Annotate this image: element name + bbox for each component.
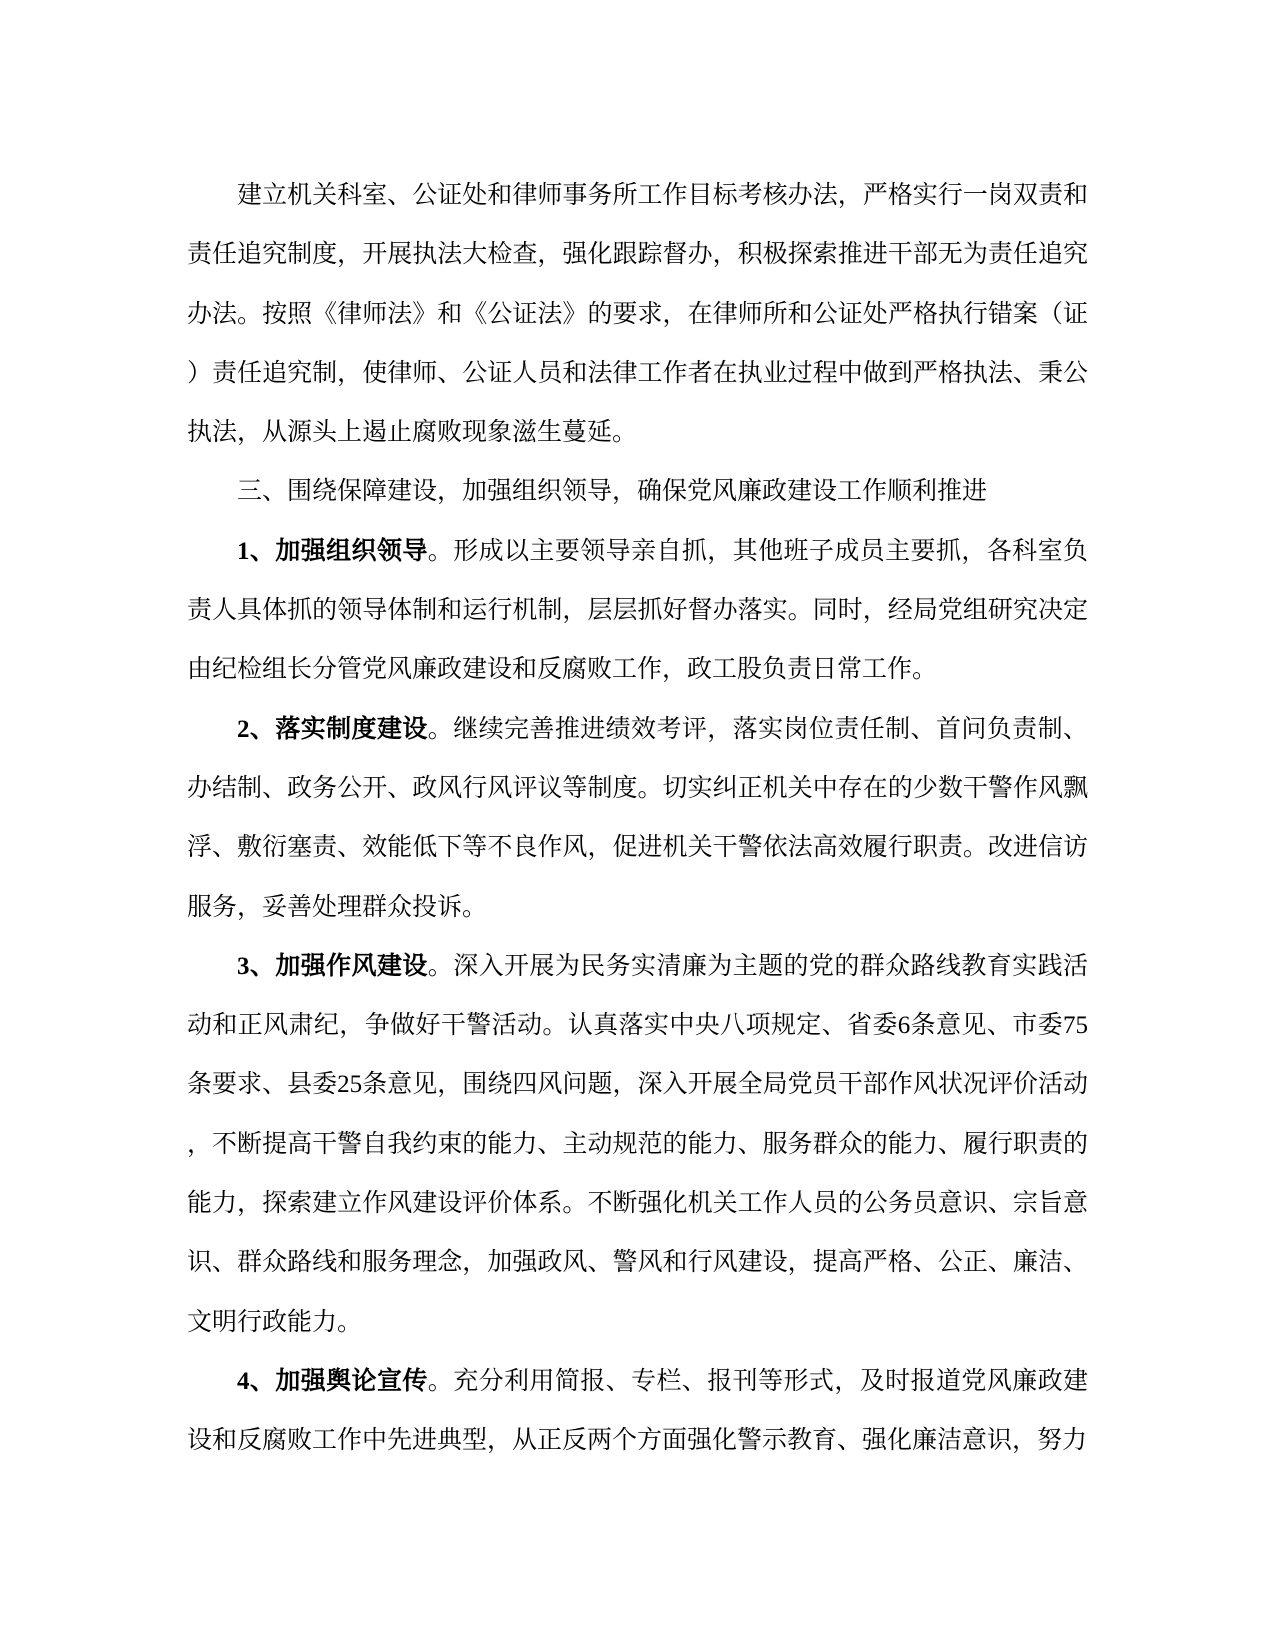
paragraph-body: 。深入开展为民务实清廉为主题的党的群众路线教育实践活动和正风肃纪，争做好干警活动…: [187, 953, 1088, 1336]
paragraph: 1、加强组织领导。形成以主要领导亲自抓，其他班子成员主要抓，各科室负责人具体抓的…: [187, 522, 1088, 700]
paragraph: 建立机关科室、公证处和律师事务所工作目标考核办法，严格实行一岗双责和责任追究制度…: [187, 166, 1088, 462]
paragraph-lead: 4、加强舆论宣传: [237, 1368, 428, 1395]
section-heading: 三、围绕保障建设，加强组织领导，确保党风廉政建设工作顺利推进: [187, 462, 1088, 521]
paragraph-body: 。继续完善推进绩效考评，落实岗位责任制、首问负责制、办结制、政务公开、政风行风评…: [187, 716, 1088, 921]
paragraph-body: 建立机关科室、公证处和律师事务所工作目标考核办法，严格实行一岗双责和责任追究制度…: [187, 182, 1088, 446]
document-page: 建立机关科室、公证处和律师事务所工作目标考核办法，严格实行一岗双责和责任追究制度…: [0, 0, 1275, 1650]
paragraph: 4、加强舆论宣传。充分利用简报、专栏、报刊等形式，及时报道党风廉政建设和反腐败工…: [187, 1352, 1088, 1471]
paragraph-body: 三、围绕保障建设，加强组织领导，确保党风廉政建设工作顺利推进: [237, 478, 987, 505]
paragraph-lead: 3、加强作风建设: [237, 953, 428, 980]
paragraph-lead: 1、加强组织领导: [237, 538, 428, 565]
paragraph: 2、落实制度建设。继续完善推进绩效考评，落实岗位责任制、首问负责制、办结制、政务…: [187, 700, 1088, 937]
document-text-block: 建立机关科室、公证处和律师事务所工作目标考核办法，严格实行一岗双责和责任追究制度…: [187, 166, 1088, 1471]
paragraph: 3、加强作风建设。深入开展为民务实清廉为主题的党的群众路线教育实践活动和正风肃纪…: [187, 937, 1088, 1352]
paragraph-lead: 2、落实制度建设: [237, 716, 428, 743]
